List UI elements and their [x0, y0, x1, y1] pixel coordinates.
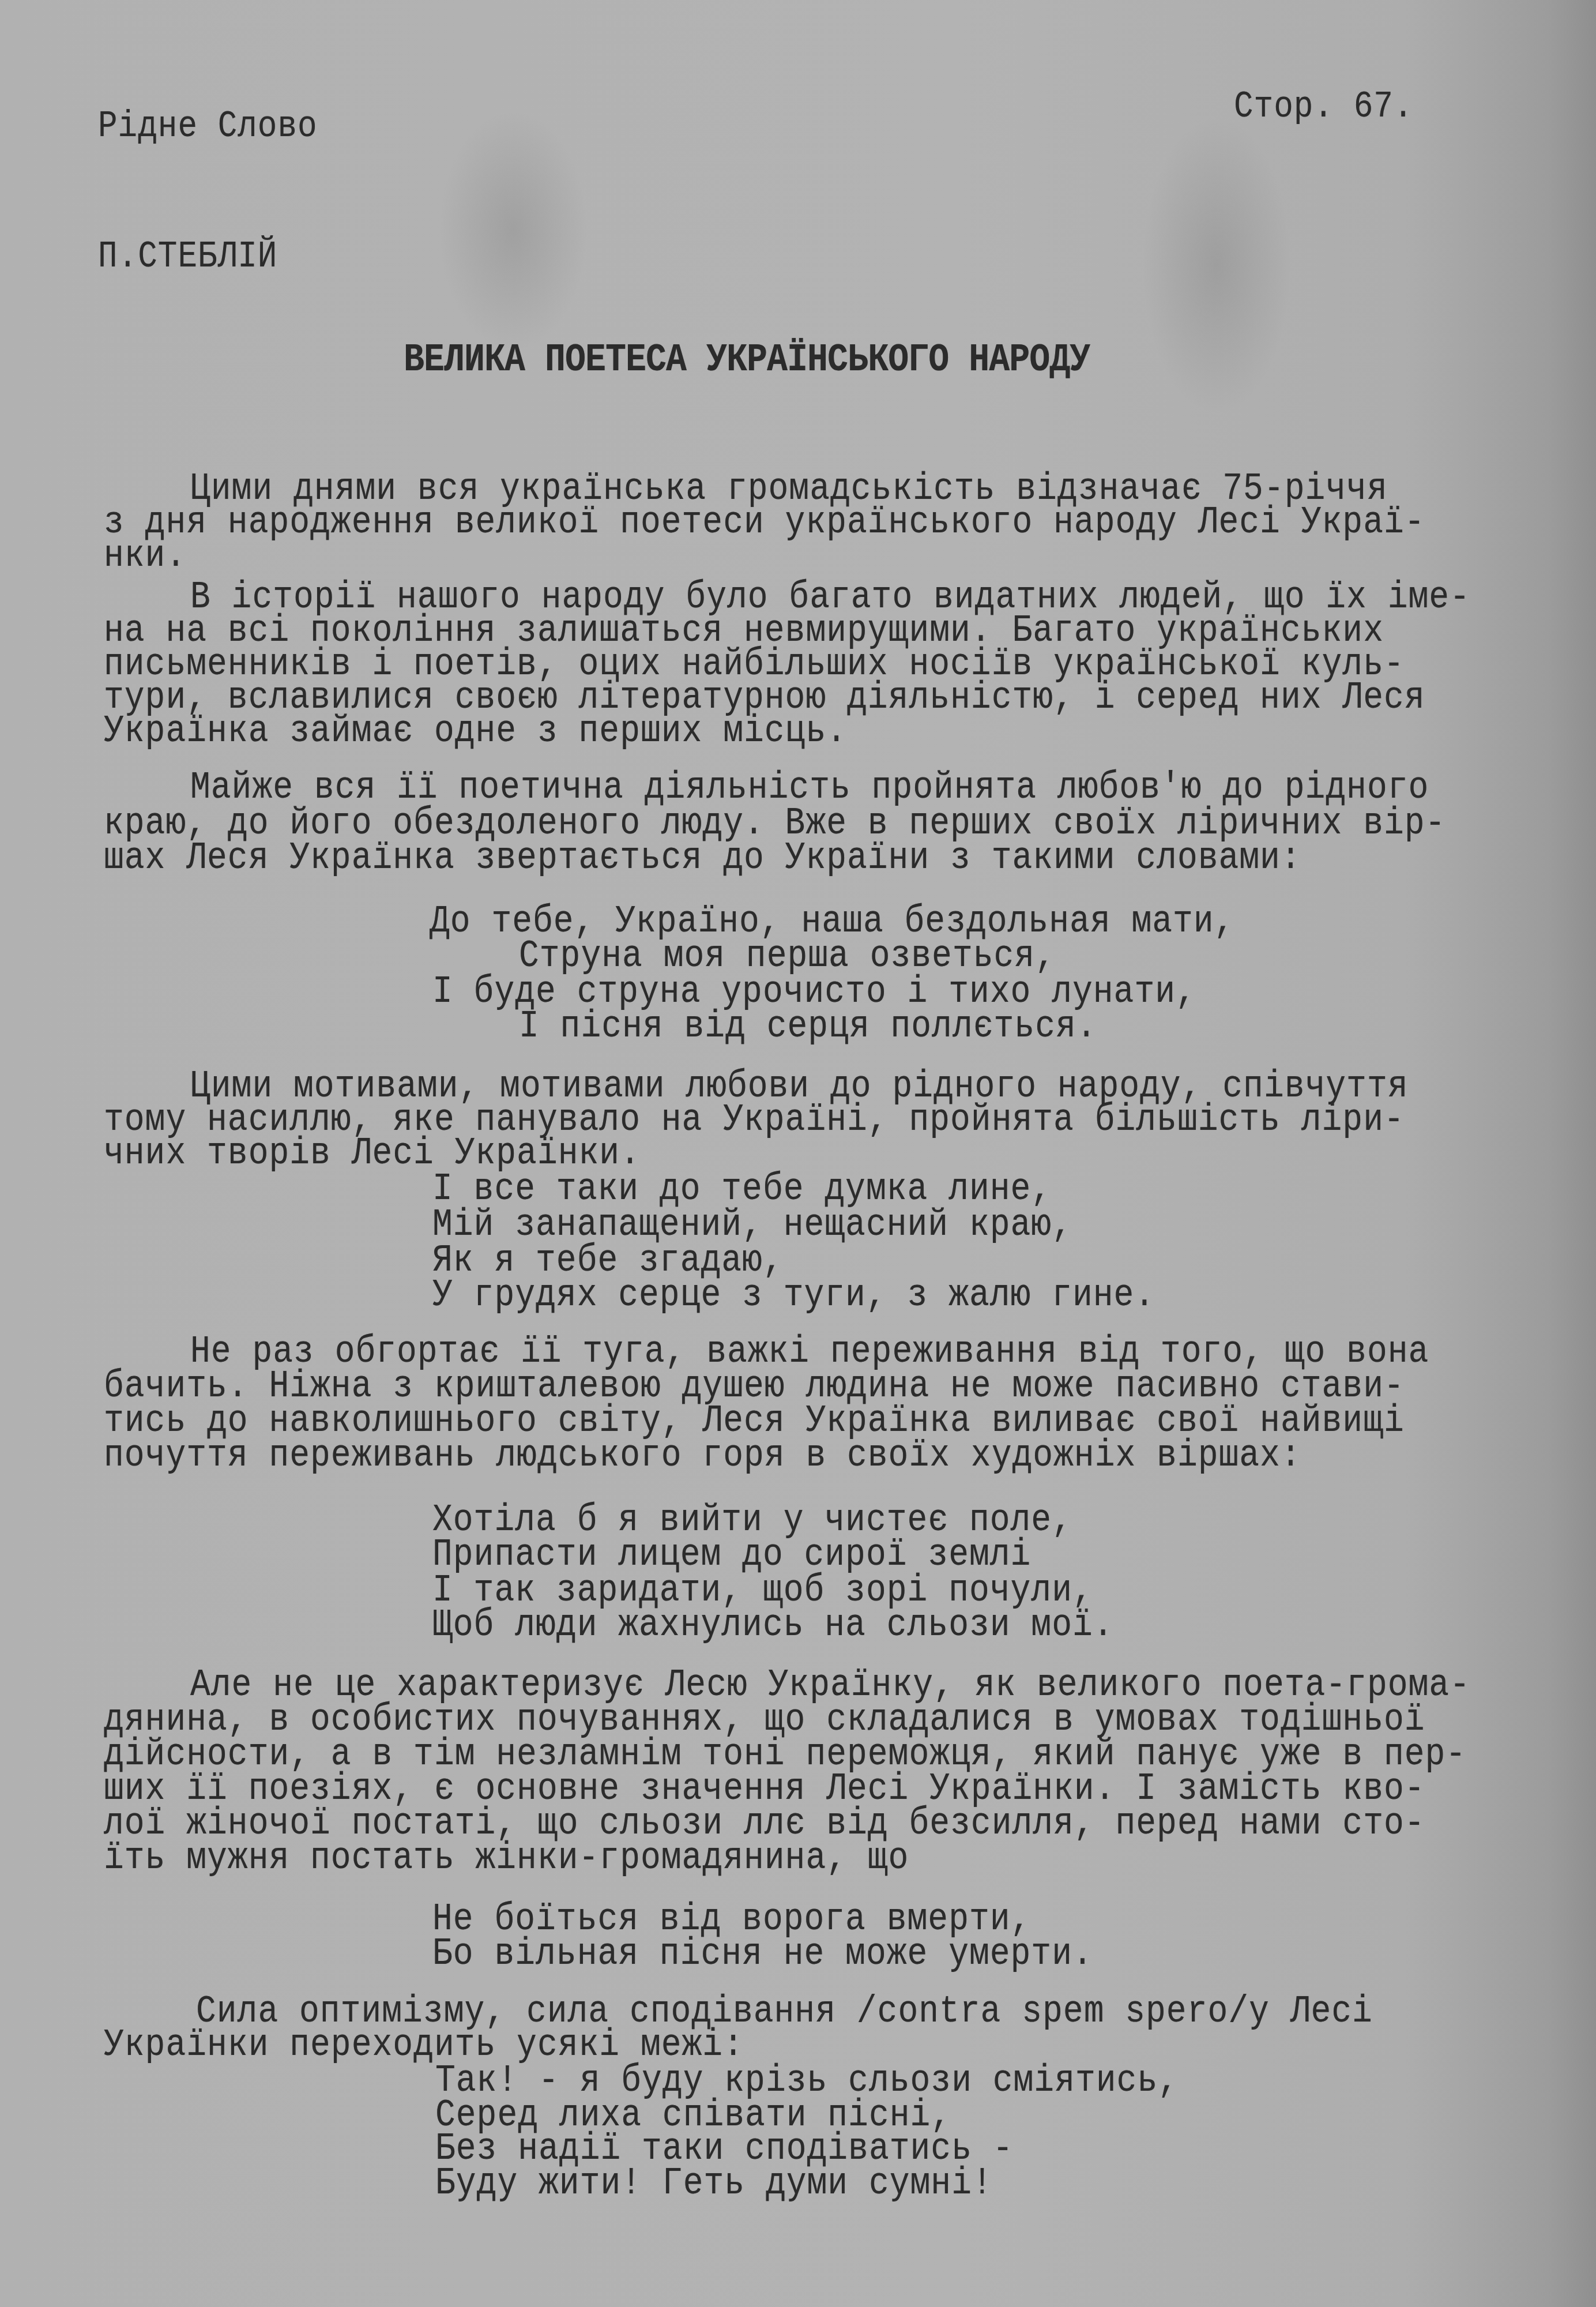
body-line: нки. — [104, 535, 186, 578]
article-title: ВЕЛИКА ПОЕТЕСА УКРАЇНСЬКОГО НАРОДУ — [404, 339, 1090, 382]
typewritten-page: Рідне Слово Стор. 67. П.СТЕБЛІЙ ВЕЛИКА П… — [0, 0, 1596, 2307]
body-line: з дня народження великої поетеси українс… — [104, 502, 1425, 544]
author-name: П.СТЕБЛІЙ — [98, 235, 277, 278]
poem-line: Щоб люди жахнулись на сльози мої. — [432, 1605, 1114, 1647]
poem-line: І пісня від серця поллється. — [519, 1006, 1097, 1049]
body-line: почуття переживань людського горя в свої… — [104, 1435, 1301, 1478]
publication-name: Рідне Слово — [98, 105, 318, 148]
body-line: їть мужня постать жінки-громадянина, що — [104, 1838, 909, 1880]
body-line: Українка займає одне з перших місць. — [104, 711, 847, 753]
page-number: Стор. 67. — [1234, 85, 1413, 128]
poem-line: Буду жити! Геть думи сумні! — [435, 2163, 993, 2205]
ink-smudge — [438, 110, 588, 352]
poem-line: У грудях серце з туги, з жалю гине. — [432, 1275, 1155, 1317]
ink-smudge — [1142, 115, 1292, 415]
body-line: шах Леся Українка звертається до України… — [104, 837, 1301, 880]
poem-line: Бо вільная пісня не може умерти. — [432, 1933, 1093, 1976]
